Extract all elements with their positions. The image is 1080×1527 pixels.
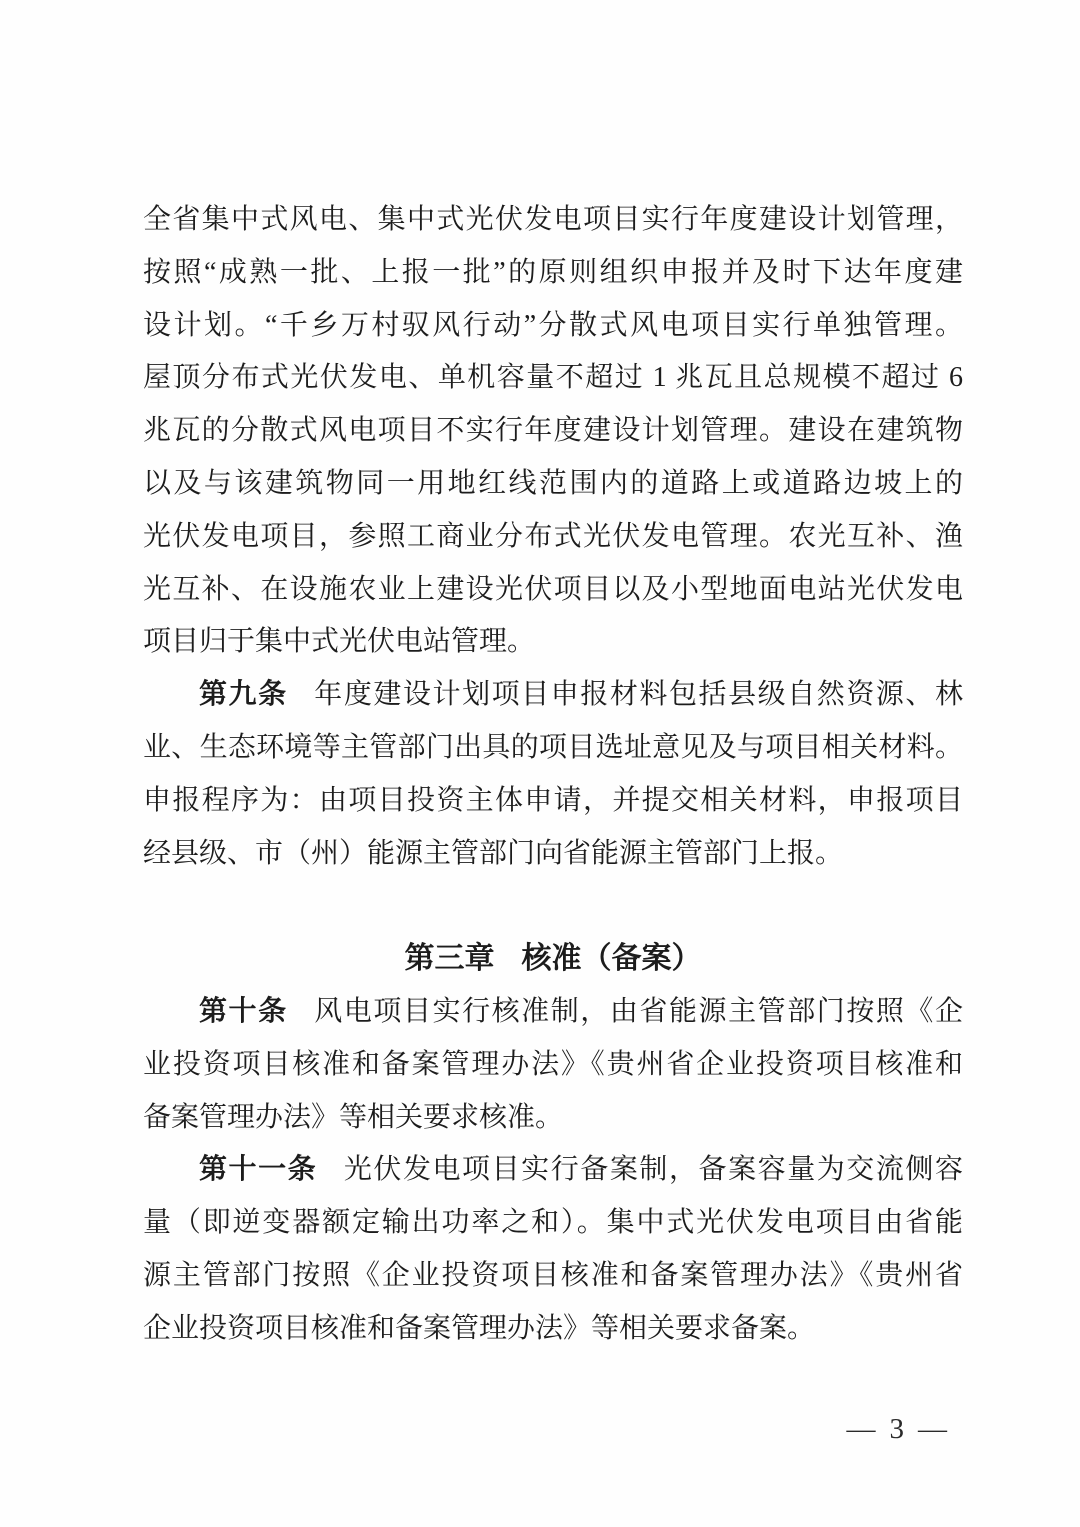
footer-dash-right: —	[918, 1413, 947, 1445]
body-line: 企业投资项目核准和备案管理办法》等相关要求备案。	[143, 1303, 963, 1356]
document-page: 全省集中式风电、集中式光伏发电项目实行年度建设计划管理， 按照“成熟一批、上报一…	[0, 0, 1080, 1527]
article-10-term: 第十条	[199, 996, 288, 1027]
body-line: 按照“成熟一批、上报一批”的原则组织申报并及时下达年度建	[143, 247, 963, 300]
body-line: 光互补、在设施农业上建设光伏项目以及小型地面电站光伏发电	[143, 564, 963, 617]
article-9-opening-line: 第九条年度建设计划项目申报材料包括县级自然资源、林	[143, 669, 963, 722]
page-number: 3	[890, 1413, 905, 1445]
blank-line	[143, 880, 963, 933]
article-11-opening-line: 第十一条光伏发电项目实行备案制，备案容量为交流侧容	[143, 1144, 963, 1197]
body-line: 设计划。“千乡万村驭风行动”分散式风电项目实行单独管理。	[143, 300, 963, 353]
body-line: 屋顶分布式光伏发电、单机容量不超过 1 兆瓦且总规模不超过 6	[143, 352, 963, 405]
chapter-heading: 第三章核准（备案）	[143, 933, 963, 986]
footer-dash-left: —	[847, 1413, 876, 1445]
article-10-text: 风电项目实行核准制，由省能源主管部门按照《企	[314, 996, 963, 1027]
article-9-text: 年度建设计划项目申报材料包括县级自然资源、林	[314, 679, 963, 710]
body-line: 项目归于集中式光伏电站管理。	[143, 616, 963, 669]
body-line: 量（即逆变器额定输出功率之和）。集中式光伏发电项目由省能	[143, 1197, 963, 1250]
body-line: 备案管理办法》等相关要求核准。	[143, 1092, 963, 1145]
body-line: 源主管部门按照《企业投资项目核准和备案管理办法》《贵州省	[143, 1250, 963, 1303]
document-body: 全省集中式风电、集中式光伏发电项目实行年度建设计划管理， 按照“成熟一批、上报一…	[143, 194, 963, 1356]
page-number-footer: —3—	[847, 1412, 948, 1446]
body-line: 全省集中式风电、集中式光伏发电项目实行年度建设计划管理，	[143, 194, 963, 247]
body-line: 光伏发电项目，参照工商业分布式光伏发电管理。农光互补、渔	[143, 511, 963, 564]
chapter-title: 核准（备案）	[522, 942, 702, 975]
article-9-term: 第九条	[199, 679, 288, 710]
body-line: 申报程序为：由项目投资主体申请，并提交相关材料，申报项目	[143, 775, 963, 828]
article-11-text: 光伏发电项目实行备案制，备案容量为交流侧容	[344, 1154, 963, 1185]
body-line: 业、生态环境等主管部门出具的项目选址意见及与项目相关材料。	[143, 722, 963, 775]
chapter-number: 第三章	[405, 942, 495, 975]
body-line: 兆瓦的分散式风电项目不实行年度建设计划管理。建设在建筑物	[143, 405, 963, 458]
article-11-term: 第十一条	[199, 1154, 317, 1185]
body-line: 经县级、市（州）能源主管部门向省能源主管部门上报。	[143, 828, 963, 881]
body-line: 业投资项目核准和备案管理办法》《贵州省企业投资项目核准和	[143, 1039, 963, 1092]
article-10-opening-line: 第十条风电项目实行核准制，由省能源主管部门按照《企	[143, 986, 963, 1039]
body-line: 以及与该建筑物同一用地红线范围内的道路上或道路边坡上的	[143, 458, 963, 511]
